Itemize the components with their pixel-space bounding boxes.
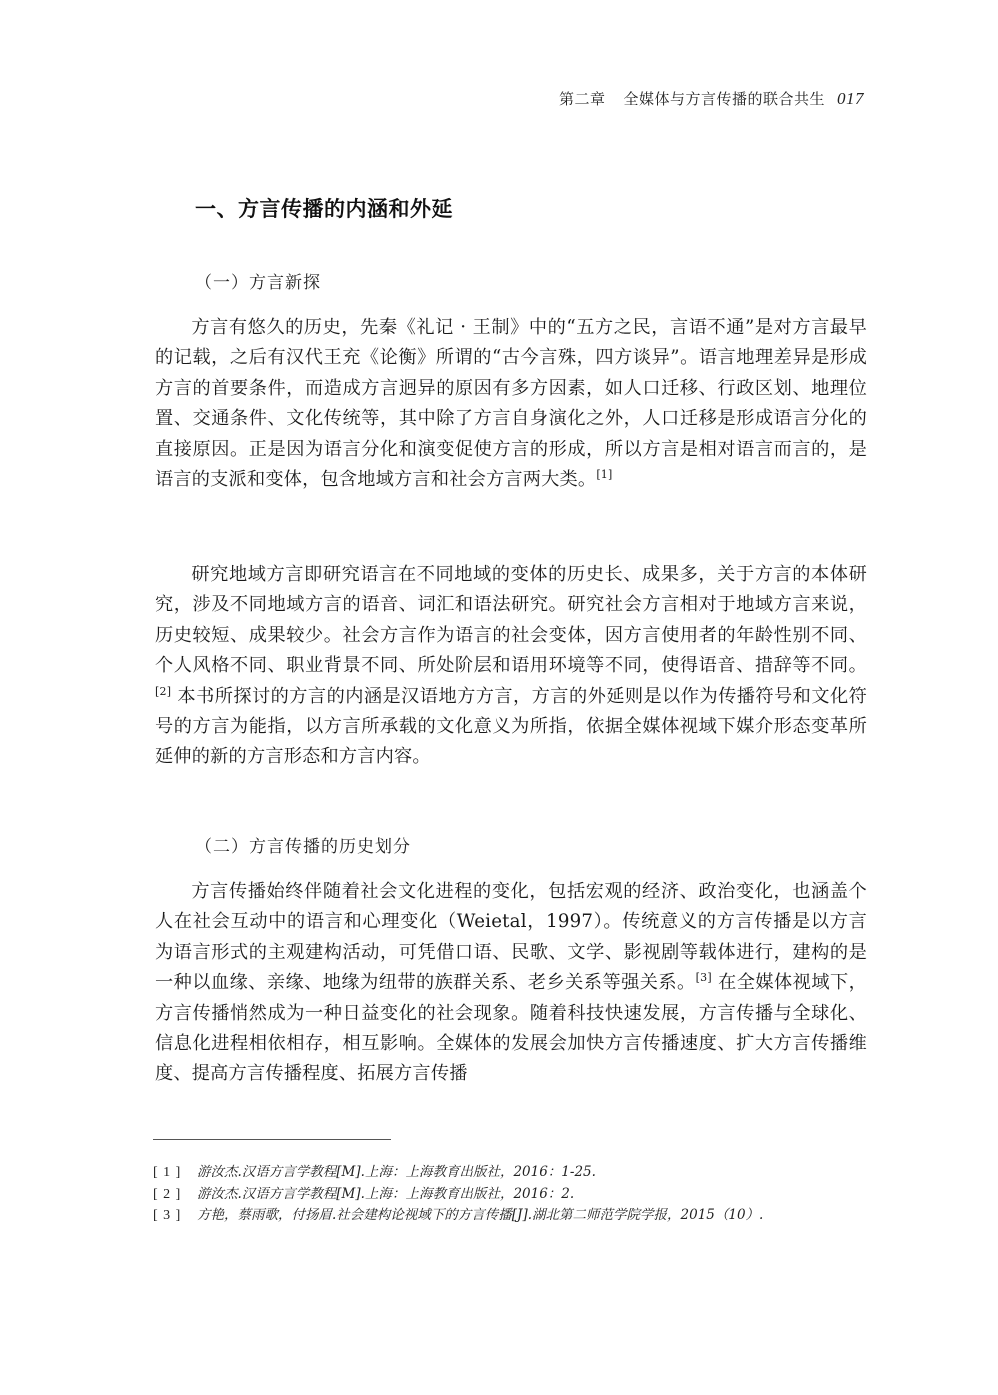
chapter-label: 第二章 bbox=[559, 90, 606, 108]
footnote-text: 游汝杰.汉语方言学教程[M].上海：上海教育出版社，2016：2. bbox=[197, 1184, 868, 1206]
paragraph-1: 方言有悠久的历史，先秦《礼记 · 王制》中的“五方之民，言语不通”是对方言最早的… bbox=[155, 313, 867, 495]
footnotes: [ 1 ] 游汝杰.汉语方言学教程[M].上海：上海教育出版社，2016：1-2… bbox=[153, 1162, 868, 1227]
footnote-ref[interactable]: [1] bbox=[596, 468, 612, 481]
book-page: 第二章全媒体与方言传播的联合共生017 一、方言传播的内涵和外延 （一）方言新探… bbox=[0, 0, 998, 1395]
footnote-number: [ 1 ] bbox=[153, 1162, 197, 1184]
footnote-text: 游汝杰.汉语方言学教程[M].上海：上海教育出版社，2016：1-25. bbox=[197, 1162, 868, 1184]
page-number: 017 bbox=[837, 89, 864, 108]
running-header: 第二章全媒体与方言传播的联合共生017 bbox=[559, 88, 864, 109]
footnote-number: [ 2 ] bbox=[153, 1184, 197, 1206]
footnote-number: [ 3 ] bbox=[153, 1205, 197, 1227]
subsection-heading-2: （二）方言传播的历史划分 bbox=[195, 832, 411, 857]
section-title: 一、方言传播的内涵和外延 bbox=[195, 193, 453, 223]
footnote-2: [ 2 ] 游汝杰.汉语方言学教程[M].上海：上海教育出版社，2016：2. bbox=[153, 1184, 868, 1206]
paragraph-text-continued: 本书所探讨的方言的内涵是汉语地方方言，方言的外延则是以作为传播符号和文化符号的方… bbox=[155, 686, 867, 768]
paragraph-text: 方言有悠久的历史，先秦《礼记 · 王制》中的“五方之民，言语不通”是对方言最早的… bbox=[155, 317, 867, 490]
chapter-title: 全媒体与方言传播的联合共生 bbox=[623, 90, 825, 108]
paragraph-2: 研究地域方言即研究语言在不同地域的变体的历史长、成果多，关于方言的本体研究，涉及… bbox=[155, 560, 867, 773]
paragraph-text: 研究地域方言即研究语言在不同地域的变体的历史长、成果多，关于方言的本体研究，涉及… bbox=[155, 564, 867, 676]
footnote-1: [ 1 ] 游汝杰.汉语方言学教程[M].上海：上海教育出版社，2016：1-2… bbox=[153, 1162, 868, 1184]
footnote-text: 方艳，蔡雨歌，付扬眉.社会建构论视域下的方言传播[J].湖北第二师范学院学报，2… bbox=[197, 1205, 868, 1227]
footnote-divider bbox=[153, 1139, 391, 1140]
footnote-ref[interactable]: [2] bbox=[155, 685, 171, 698]
footnote-ref[interactable]: [3] bbox=[696, 971, 712, 984]
paragraph-3: 方言传播始终伴随着社会文化进程的变化，包括宏观的经济、政治变化，也涵盖个人在社会… bbox=[155, 877, 867, 1090]
subsection-heading-1: （一）方言新探 bbox=[195, 268, 321, 293]
footnote-3: [ 3 ] 方艳，蔡雨歌，付扬眉.社会建构论视域下的方言传播[J].湖北第二师范… bbox=[153, 1205, 868, 1227]
